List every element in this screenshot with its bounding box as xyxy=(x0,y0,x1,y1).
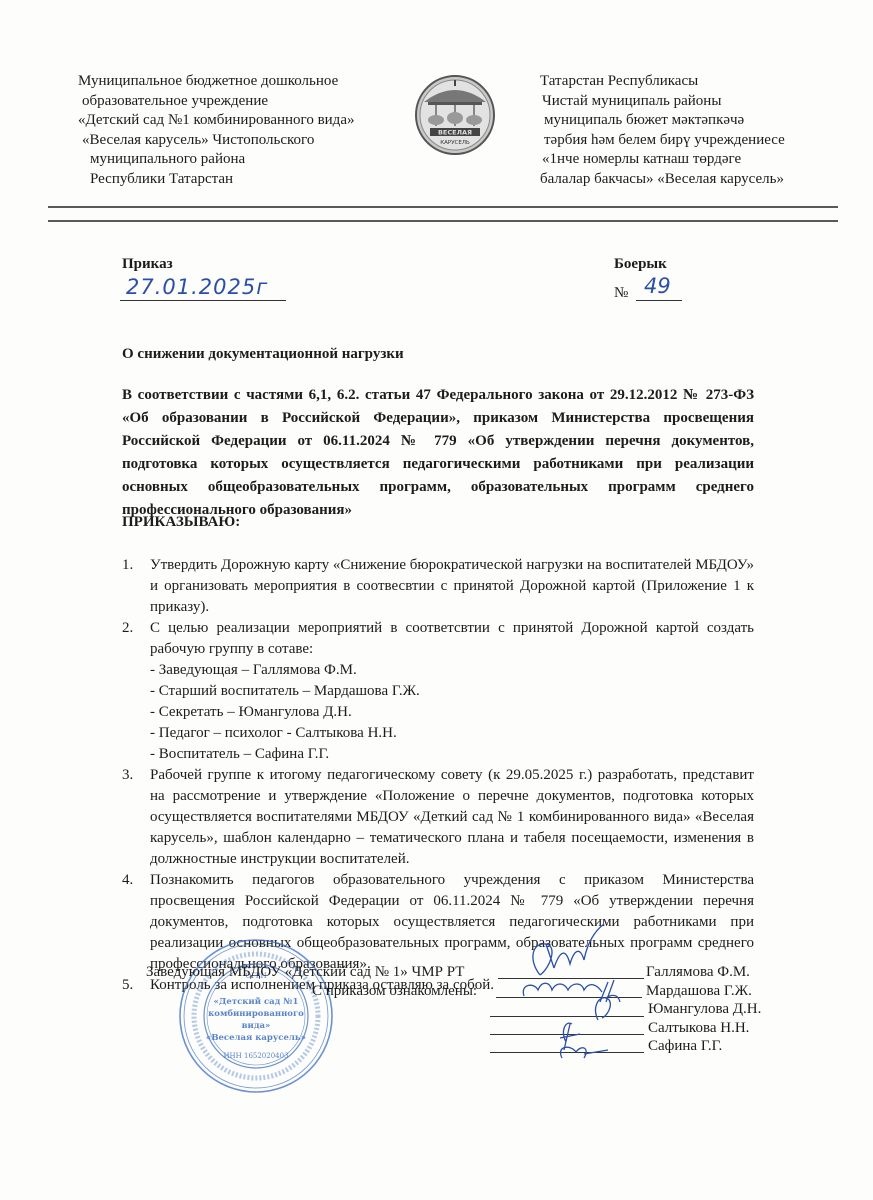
item-text: С целью реализации мероприятий в соответ… xyxy=(150,620,754,657)
number-sign: № xyxy=(614,285,628,302)
order-label-tt: Боерык xyxy=(614,256,667,273)
svg-text:ВЕСЕЛАЯ: ВЕСЕЛАЯ xyxy=(438,129,472,137)
header-right-line: «1нче номерлы катнаш төрдәге xyxy=(540,150,860,170)
official-stamp-icon: ОГРН «Детский сад №1 комбинированного ви… xyxy=(176,936,336,1096)
header-divider xyxy=(48,220,838,222)
order-number-handwritten: 49 xyxy=(644,274,671,298)
item-text: Рабочей группе к итогому педагогическому… xyxy=(150,767,754,867)
header-left-line: муниципального района xyxy=(78,150,408,170)
svg-text:КАРУСЕЛЬ: КАРУСЕЛЬ xyxy=(440,140,470,146)
acquainted-label: С приказом ознакомлены: xyxy=(312,981,477,1001)
handwritten-signatures-icon xyxy=(480,920,680,1060)
header-left-line: «Детский сад №1 комбинированного вида» xyxy=(78,111,408,131)
svg-text:ИНН 1652020403: ИНН 1652020403 xyxy=(223,1052,288,1060)
item-number: 1. xyxy=(122,555,133,576)
svg-text:вида»: вида» xyxy=(242,1021,271,1031)
member-line: - Секретать – Юмангулова Д.Н. xyxy=(150,702,754,723)
header-left-line: «Веселая карусель» Чистопольского xyxy=(78,131,408,151)
svg-text:комбинированного: комбинированного xyxy=(208,1008,304,1019)
item-number: 5. xyxy=(122,975,133,996)
header-right-line: муниципаль бюжет мәктәпкәчә xyxy=(540,111,860,131)
carousel-logo-icon: ВЕСЕЛАЯ КАРУСЕЛЬ xyxy=(414,74,496,156)
member-line: - Педагог – психолог - Салтыкова Н.Н. xyxy=(150,723,754,744)
order-preamble: В соответствии с частями 6,1, 6.2. стать… xyxy=(122,384,754,522)
order-subject: О снижении документационной нагрузки xyxy=(122,346,404,363)
header-right-line: Чистай муниципаль районы xyxy=(540,92,860,112)
order-word: ПРИКАЗЫВАЮ: xyxy=(122,514,240,531)
item-text: Утвердить Дорожную карту «Снижение бюрок… xyxy=(150,557,754,615)
member-line: - Заведующая – Галлямова Ф.М. xyxy=(150,660,754,681)
item-number: 4. xyxy=(122,870,133,891)
svg-text:«Веселая карусель»: «Веселая карусель» xyxy=(206,1033,306,1043)
head-title: Заведующая МБДОУ «Детский сад № 1» ЧМР Р… xyxy=(146,962,464,982)
order-label-ru: Приказ xyxy=(122,256,173,273)
header-left-ru: Муниципальное бюджетное дошкольное образ… xyxy=(78,72,408,189)
order-item: 2. С целью реализации мероприятий в соот… xyxy=(122,618,754,765)
member-line: - Старший воспитатель – Мардашова Г.Ж. xyxy=(150,681,754,702)
header-right-tt: Татарстан Республикасы Чистай муниципаль… xyxy=(540,72,860,189)
item-number: 3. xyxy=(122,765,133,786)
header-right-line: Татарстан Республикасы xyxy=(540,72,860,92)
order-item: 3. Рабочей группе к итогому педагогическ… xyxy=(122,765,754,870)
header-right-line: балалар бакчасы» «Веселая карусель» xyxy=(540,170,860,190)
header-left-line: образовательное учреждение xyxy=(78,92,408,112)
header-left-line: Республики Татарстан xyxy=(78,170,408,190)
member-line: - Воспитатель – Сафина Г.Г. xyxy=(150,744,754,765)
date-underline xyxy=(120,300,286,301)
header-divider xyxy=(48,206,838,208)
header-left-line: Муниципальное бюджетное дошкольное xyxy=(78,72,408,92)
order-item: 1. Утвердить Дорожную карту «Снижение бю… xyxy=(122,555,754,618)
header-right-line: тәрбия һәм белем бирү учреждениесе xyxy=(540,131,860,151)
item-number: 2. xyxy=(122,618,133,639)
svg-text:«Детский сад №1: «Детский сад №1 xyxy=(214,996,299,1007)
order-date-handwritten: 27.01.2025г xyxy=(126,275,268,299)
number-underline xyxy=(636,300,682,301)
